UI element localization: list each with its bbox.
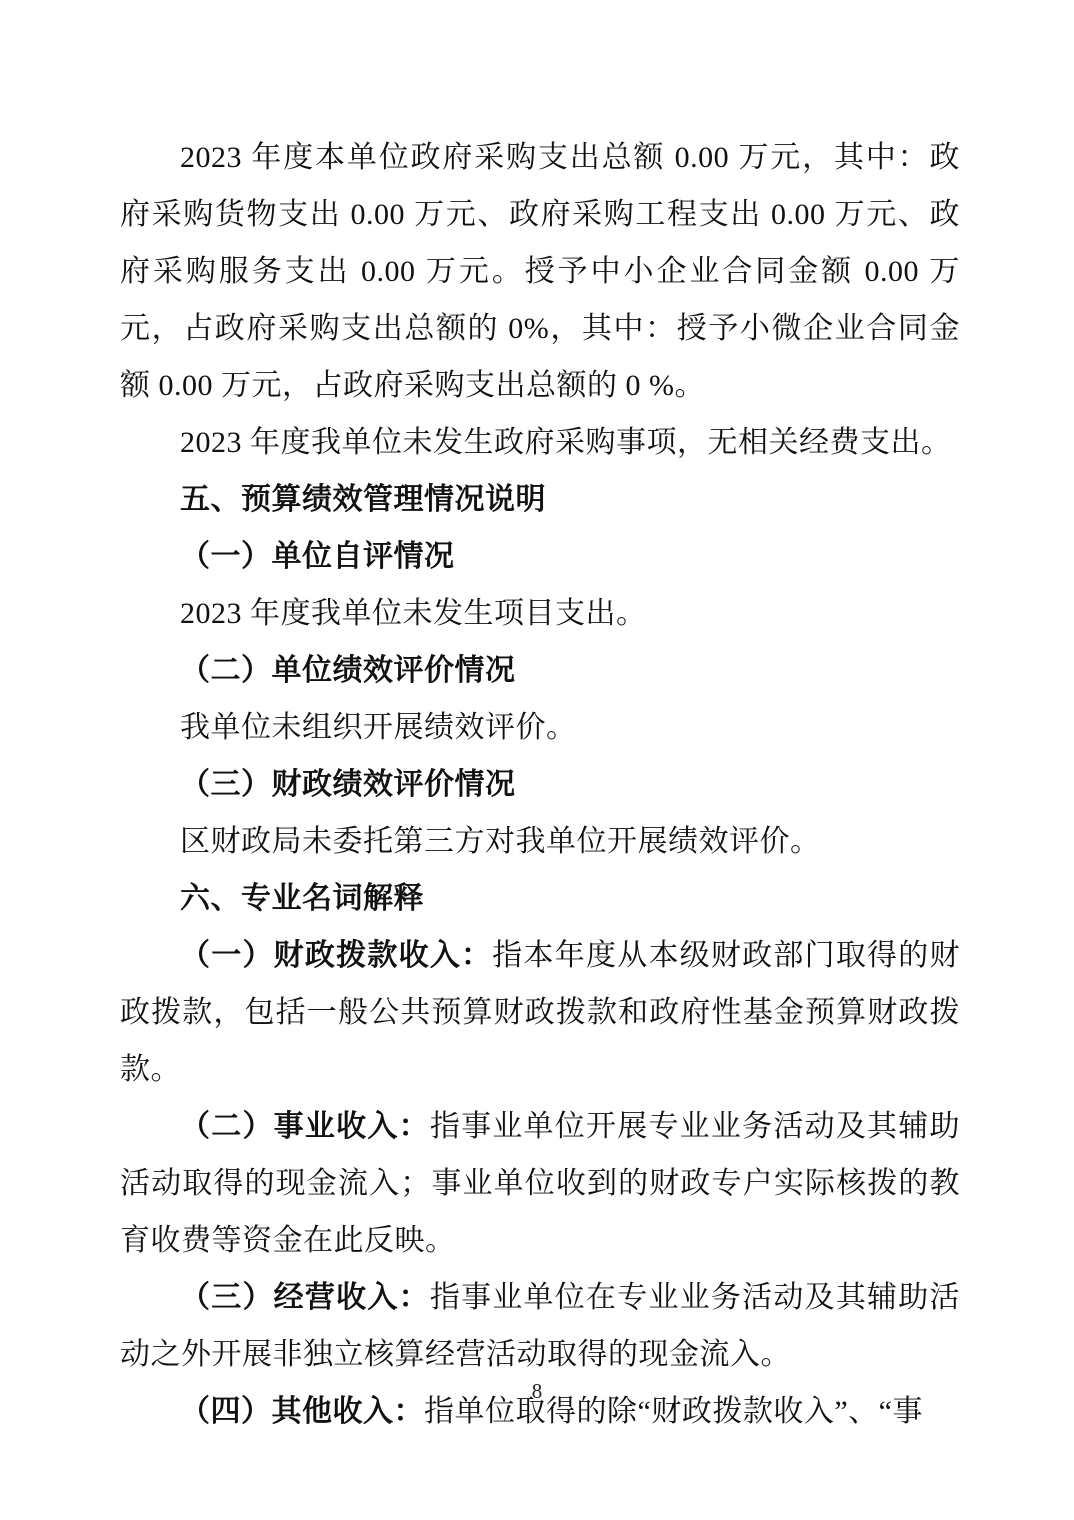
heading-fiscal-performance-evaluation: （三）财政绩效评价情况 xyxy=(120,756,960,813)
para-no-project-expenditure: 2023 年度我单位未发生项目支出。 xyxy=(120,585,960,642)
heading-unit-performance-evaluation: （二）单位绩效评价情况 xyxy=(120,642,960,699)
heading-self-evaluation: （一）单位自评情况 xyxy=(120,528,960,585)
heading-section-5-budget-performance: 五、预算绩效管理情况说明 xyxy=(120,471,960,528)
def-fiscal-appropriation-income: （一）财政拨款收入：指本年度从本级财政部门取得的财政拨款，包括一般公共预算财政拨… xyxy=(120,927,960,1098)
document-page: 2023 年度本单位政府采购支出总额 0.00 万元，其中：政府采购货物支出 0… xyxy=(0,0,1074,1520)
document-body: 2023 年度本单位政府采购支出总额 0.00 万元，其中：政府采购货物支出 0… xyxy=(120,129,960,1440)
def-business-income: （二）事业收入：指事业单位开展专业业务活动及其辅助活动取得的现金流入；事业单位收… xyxy=(120,1098,960,1269)
para-no-procurement-items: 2023 年度我单位未发生政府采购事项，无相关经费支出。 xyxy=(120,414,960,471)
def-fiscal-appropriation-income-term: （一）财政拨款收入： xyxy=(180,939,492,972)
para-procurement-total: 2023 年度本单位政府采购支出总额 0.00 万元，其中：政府采购货物支出 0… xyxy=(120,129,960,414)
para-no-third-party-evaluation: 区财政局未委托第三方对我单位开展绩效评价。 xyxy=(120,813,960,870)
page-number: 8 xyxy=(0,1376,1074,1406)
def-operating-income-term: （三）经营收入： xyxy=(180,1281,430,1314)
def-operating-income: （三）经营收入：指事业单位在专业业务活动及其辅助活动之外开展非独立核算经营活动取… xyxy=(120,1269,960,1383)
def-business-income-term: （二）事业收入： xyxy=(180,1110,430,1143)
heading-section-6-terminology: 六、专业名词解释 xyxy=(120,870,960,927)
para-no-performance-evaluation: 我单位未组织开展绩效评价。 xyxy=(120,699,960,756)
